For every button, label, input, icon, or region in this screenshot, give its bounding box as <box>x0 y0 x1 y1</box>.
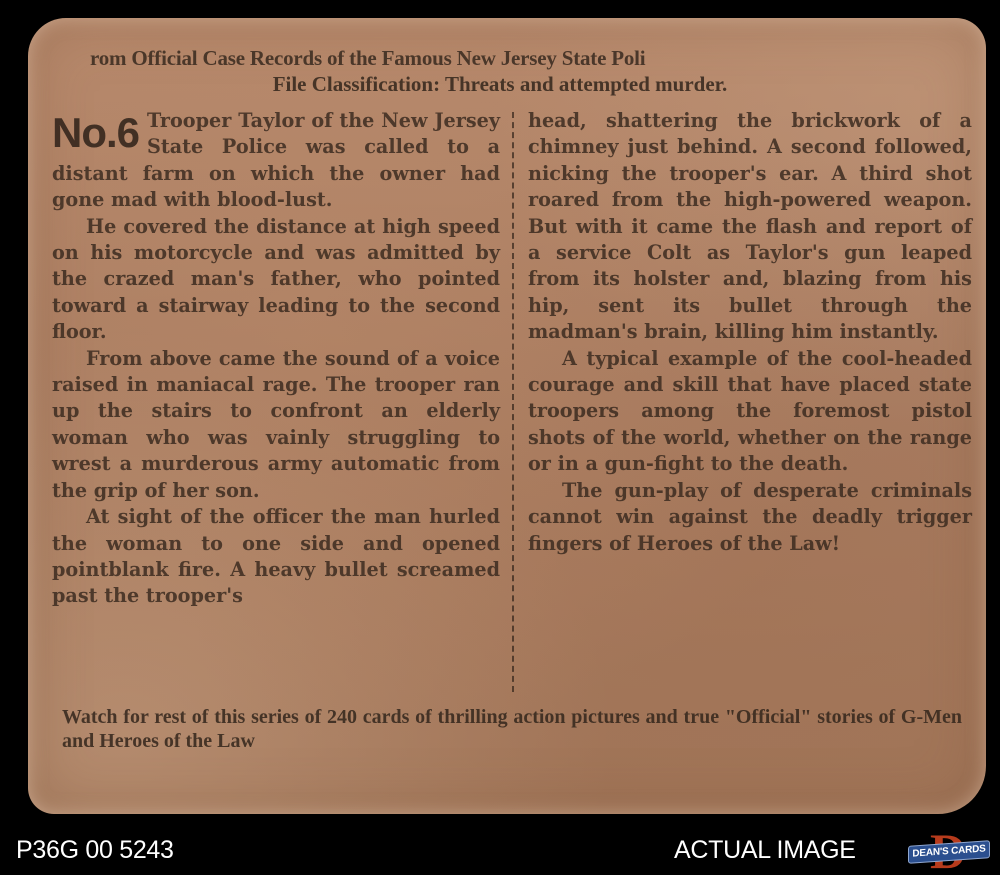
story-paragraph: From above came the sound of a voice rai… <box>52 346 500 504</box>
column-divider <box>512 112 514 692</box>
actual-image-label: ACTUAL IMAGE <box>674 836 856 865</box>
listing-image: rom Official Case Records of the Famous … <box>0 0 1000 875</box>
card-series-footer: Watch for rest of this series of 240 car… <box>62 705 962 753</box>
card-text-left-column: No.6 Trooper Taylor of the New Jersey St… <box>52 108 500 610</box>
story-paragraph: A typical example of the cool-headed cou… <box>528 346 972 478</box>
logo-banner: DEAN'S CARDS <box>908 840 990 864</box>
story-paragraph: head, shattering the brickwork of a chim… <box>528 108 972 346</box>
story-paragraph: The gun-play of desperate criminals cann… <box>528 478 972 557</box>
story-paragraph: He covered the distance at high speed on… <box>52 214 500 346</box>
card-number: No.6 <box>52 110 139 156</box>
card-header-source: rom Official Case Records of the Famous … <box>90 46 970 71</box>
story-paragraph: At sight of the officer the man hurled t… <box>52 504 500 610</box>
deans-cards-logo: D DEAN'S CARDS <box>908 828 988 872</box>
card-text-right-column: head, shattering the brickwork of a chim… <box>528 108 972 557</box>
card-header-classification: File Classification: Threats and attempt… <box>0 72 1000 97</box>
certification-number: P36G 00 5243 <box>16 836 174 865</box>
